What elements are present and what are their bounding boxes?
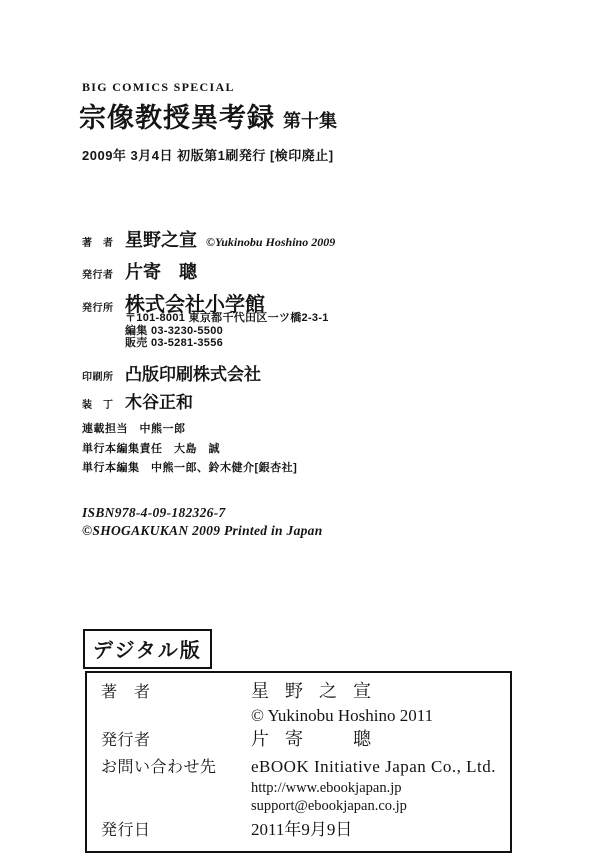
book-title-row: 宗像教授異考録第十集 bbox=[79, 96, 337, 135]
author-copyright: ©Yukinobu Hoshino 2009 bbox=[206, 235, 335, 250]
author-name: 星野之宣 bbox=[125, 226, 197, 252]
edition-line: 2009年 3月4日 初版第1刷発行 [検印廃止] bbox=[82, 145, 334, 164]
printer-label: 印刷所 bbox=[82, 368, 125, 383]
book-title: 宗像教授異考録 bbox=[79, 103, 275, 133]
isbn-block: ISBN978-4-09-182326-7 ©SHOGAKUKAN 2009 P… bbox=[82, 504, 323, 540]
copyright-line: ©SHOGAKUKAN 2009 Printed in Japan bbox=[82, 522, 323, 540]
table-publisher-label: 発行者 bbox=[101, 728, 251, 754]
table-contact-label: お問い合わせ先 bbox=[101, 754, 251, 777]
binding-design-name: 木谷正和 bbox=[125, 388, 193, 413]
table-contact-url: http://www.ebookjapan.jp bbox=[251, 779, 496, 797]
publisher-row: 発行者 片寄 聰 bbox=[82, 258, 197, 284]
staff-line-serial-editor: 連載担当 中熊一郎 bbox=[82, 420, 297, 440]
printer-row: 印刷所 凸版印刷株式会社 bbox=[82, 360, 261, 385]
author-row: 著 者 星野之宣 ©Yukinobu Hoshino 2009 bbox=[82, 226, 335, 252]
table-author-copyright: © Yukinobu Hoshino 2011 bbox=[251, 703, 433, 728]
staff-line-book-editor-chief: 単行本編集責任 大島 誠 bbox=[82, 440, 297, 460]
table-contact-email: support@ebookjapan.co.jp bbox=[251, 797, 496, 815]
publisher-phone-editorial: 編集 03-3230-5500 bbox=[125, 325, 329, 338]
table-author-label: 著 者 bbox=[101, 679, 251, 702]
table-issue-date-value: 2011年9月9日 bbox=[251, 817, 352, 843]
publisher-name: 片寄 聰 bbox=[125, 258, 197, 284]
table-issue-date-label: 発行日 bbox=[101, 817, 251, 840]
author-label: 著 者 bbox=[82, 234, 125, 249]
publisher-label: 発行者 bbox=[82, 266, 125, 281]
table-row-publisher: 発行者 片寄 聰 bbox=[101, 728, 502, 754]
publisher-address-block: 〒101-8001 東京都千代田区一ツ橋2-3-1 編集 03-3230-550… bbox=[125, 312, 329, 350]
series-label: BIG COMICS SPECIAL bbox=[82, 80, 235, 95]
isbn-number: ISBN978-4-09-182326-7 bbox=[82, 504, 323, 522]
printer-name: 凸版印刷株式会社 bbox=[125, 360, 261, 385]
digital-edition-badge: デジタル版 bbox=[83, 629, 212, 669]
publisher-phone-sales: 販売 03-5281-3556 bbox=[125, 337, 329, 350]
table-row-issue-date: 発行日 2011年9月9日 bbox=[101, 817, 502, 843]
volume-label: 第十集 bbox=[283, 111, 337, 131]
table-publisher-name: 片寄 聰 bbox=[251, 728, 387, 751]
table-row-contact: お問い合わせ先 eBOOK Initiative Japan Co., Ltd.… bbox=[101, 754, 502, 815]
table-author-name: 星野之宣 bbox=[251, 680, 433, 703]
colophon-page: BIG COMICS SPECIAL 宗像教授異考録第十集 2009年 3月4日… bbox=[0, 0, 605, 864]
publishing-house-label: 発行所 bbox=[82, 299, 125, 314]
digital-edition-table: 著 者 星野之宣 © Yukinobu Hoshino 2011 発行者 片寄 … bbox=[85, 671, 512, 853]
staff-line-book-editors: 単行本編集 中熊一郎、鈴木健介[銀杏社] bbox=[82, 459, 297, 479]
table-contact-company: eBOOK Initiative Japan Co., Ltd. bbox=[251, 755, 496, 779]
binding-design-row: 装 丁 木谷正和 bbox=[82, 388, 193, 413]
binding-design-label: 装 丁 bbox=[82, 396, 125, 411]
table-row-author: 著 者 星野之宣 © Yukinobu Hoshino 2011 bbox=[101, 679, 502, 728]
publisher-address: 〒101-8001 東京都千代田区一ツ橋2-3-1 bbox=[125, 312, 329, 325]
staff-block: 連載担当 中熊一郎 単行本編集責任 大島 誠 単行本編集 中熊一郎、鈴木健介[銀… bbox=[82, 420, 297, 479]
